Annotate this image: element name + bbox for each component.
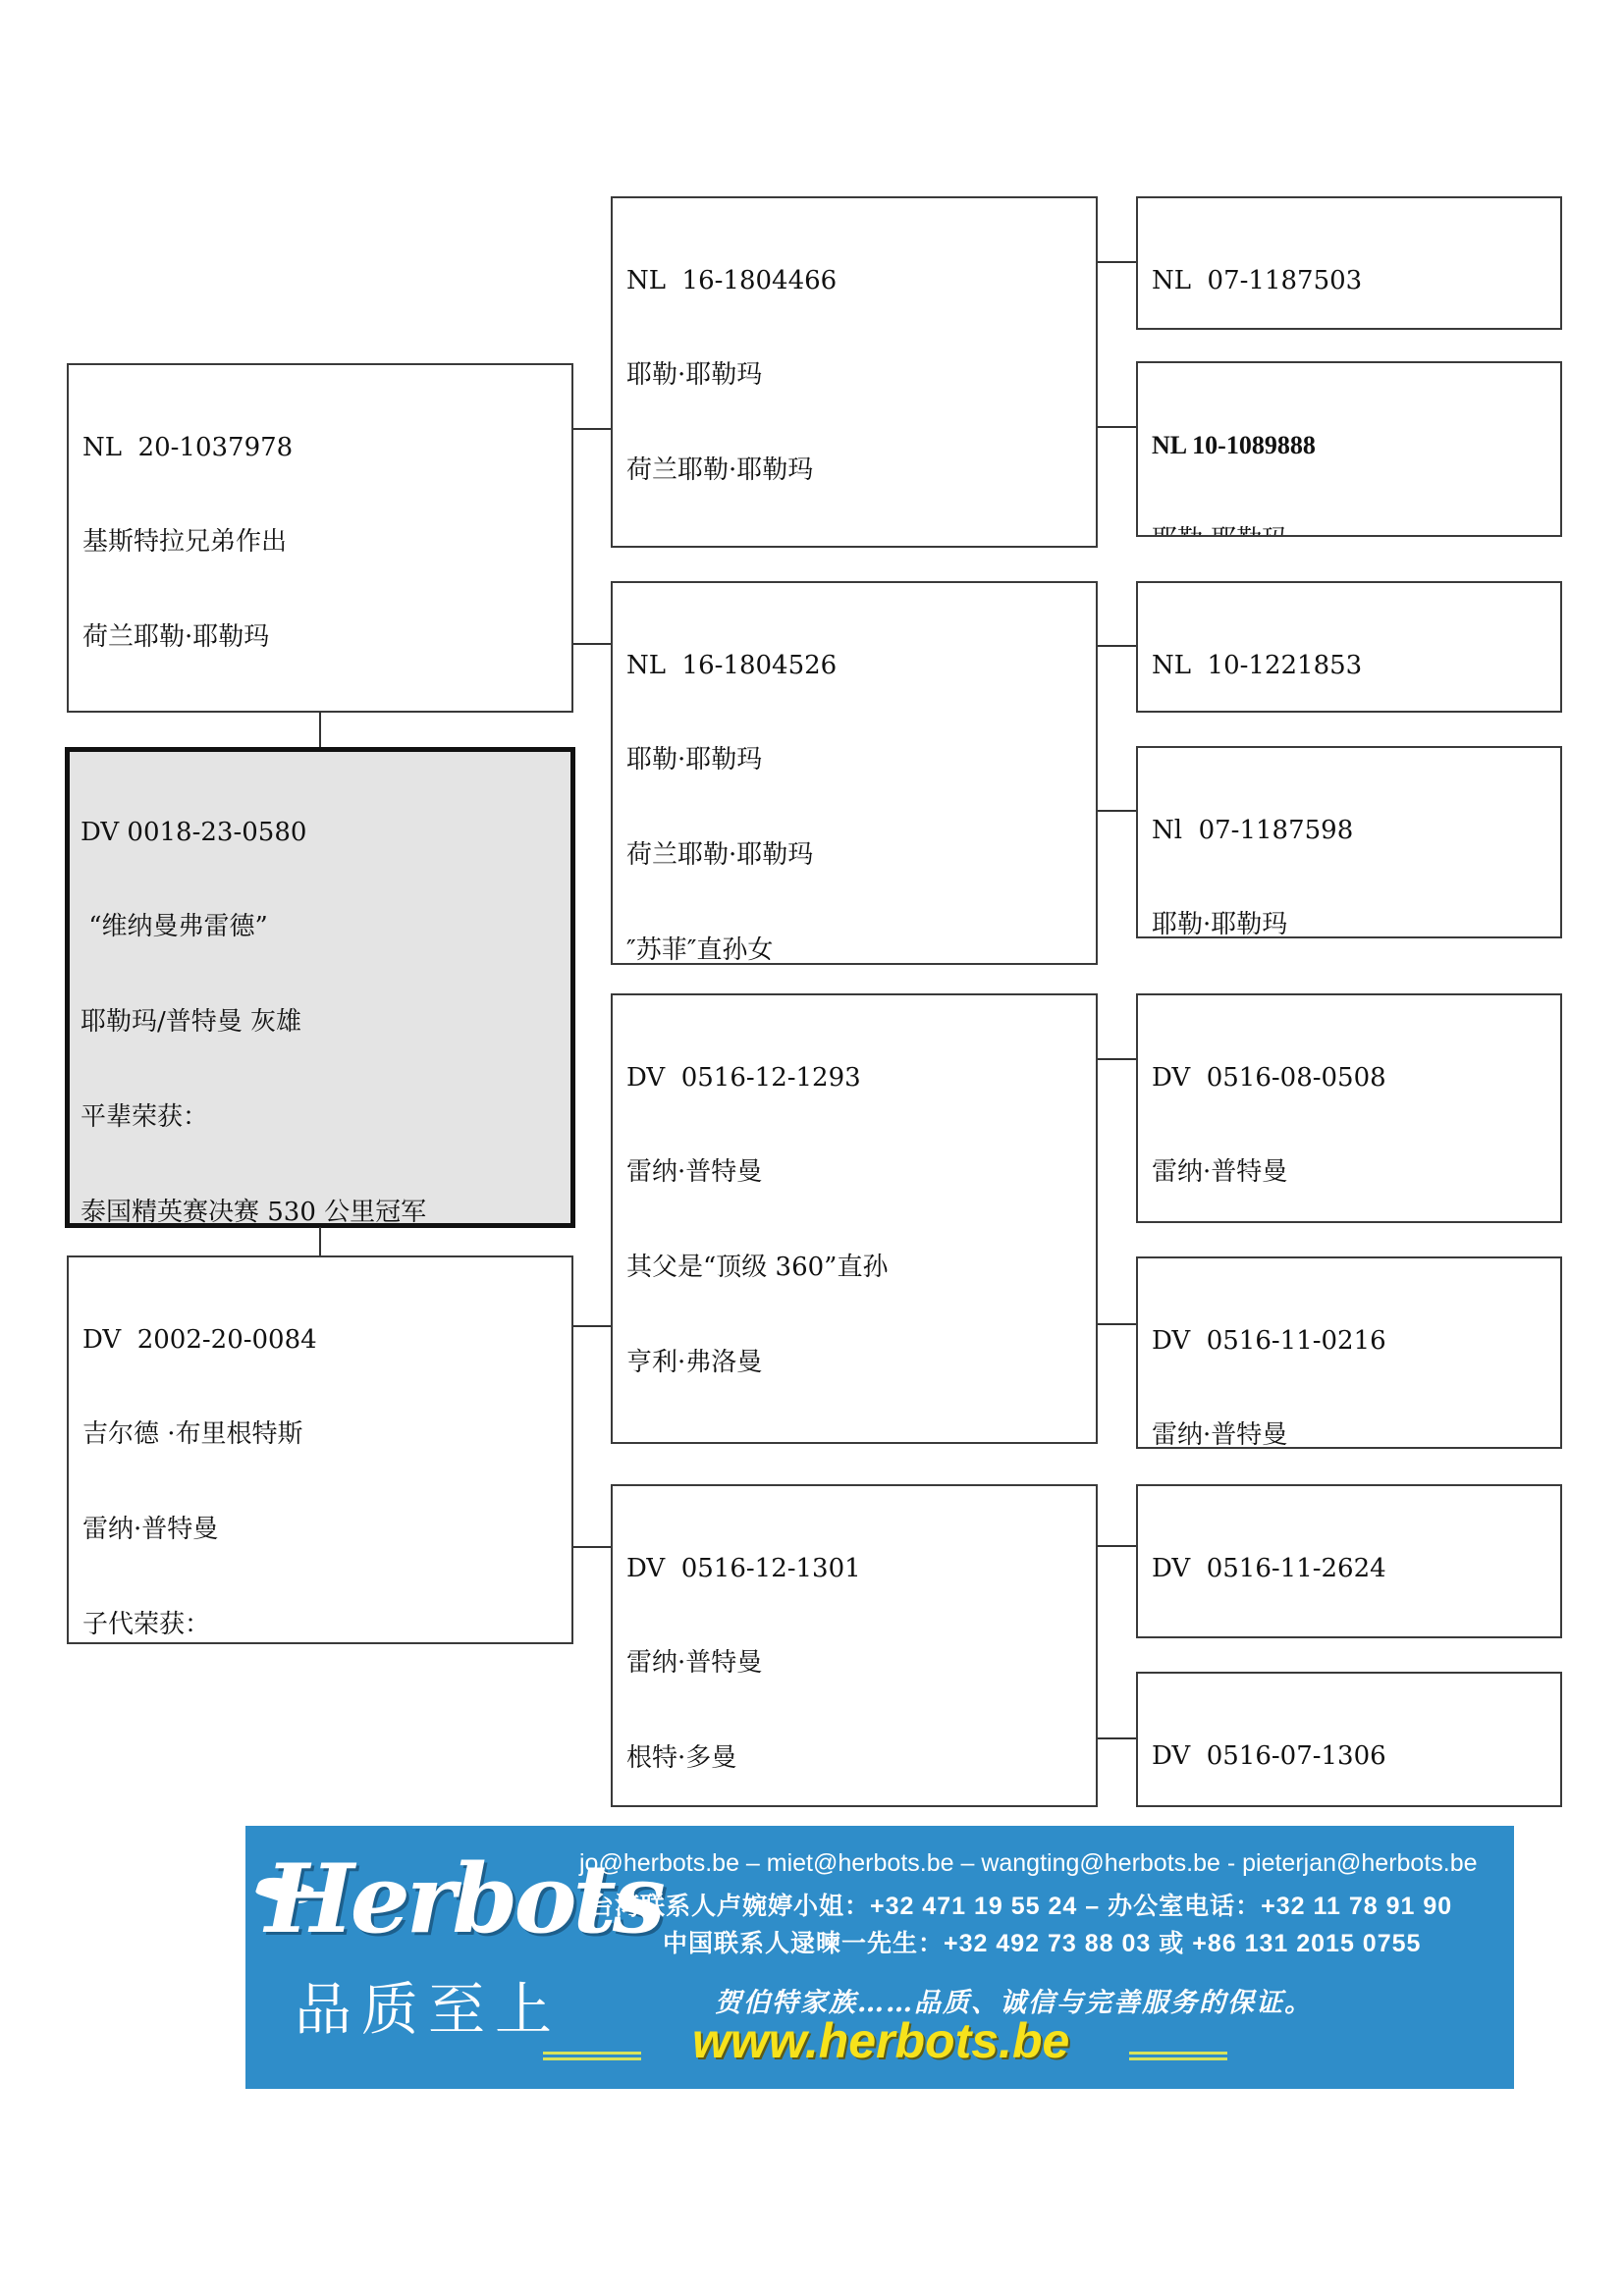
- decorative-double-line-right: [1129, 2052, 1227, 2060]
- connector: [1098, 1737, 1137, 1739]
- website-link[interactable]: www.herbots.be: [692, 2012, 1069, 2069]
- decorative-double-line-left: [543, 2052, 641, 2060]
- email-addresses[interactable]: jo@herbots.be – miet@herbots.be – wangti…: [579, 1849, 1478, 1878]
- ring-number: Nl 07-1187598: [1152, 815, 1560, 846]
- ggp-box-4: Nl 07-1187598 耶勒·耶勒玛 荷兰耶勒·耶勒玛 “伟大种鸽”直女: [1136, 746, 1562, 938]
- connector-sire-to-sire-sire: [573, 428, 611, 430]
- ring-number: NL 16-1804526: [626, 650, 1096, 681]
- pigeon-name: “维纳曼弗雷德”: [81, 911, 570, 942]
- ggp-box-5: DV 0516-08-0508 雷纳·普特曼 亨利·弗洛曼: [1136, 993, 1562, 1223]
- dam-box: DV 2002-20-0084 吉尔德 ·布里根特斯 雷纳·普特曼 子代荣获： …: [67, 1255, 573, 1644]
- connector-subject-dam: [319, 1227, 321, 1256]
- connector: [1098, 645, 1137, 647]
- connector-sire-to-sire-dam: [573, 643, 611, 645]
- herbots-banner: Herbots 品质至上 jo@herbots.be – miet@herbot…: [245, 1826, 1514, 2089]
- ring-number: DV 0516-07-1306: [1152, 1740, 1560, 1772]
- sire-dam-box: NL 16-1804526 耶勒·耶勒玛 荷兰耶勒·耶勒玛 ″苏菲″直孙女 “苏…: [611, 581, 1098, 965]
- connector-dam-to-dam-sire: [573, 1325, 611, 1327]
- ring-number: DV 0516-08-0508: [1152, 1062, 1560, 1094]
- connector-dam-to-dam-dam: [573, 1546, 611, 1548]
- connector: [1098, 1058, 1137, 1060]
- ring-number: DV 0516-12-1301: [626, 1553, 1096, 1584]
- slogan: 品质至上: [295, 1963, 562, 2046]
- dam-dam-box: DV 0516-12-1301 雷纳·普特曼 根特·多曼 “超级多曼”直孙女 “…: [611, 1484, 1098, 1807]
- subject-box: DV 0018-23-0580 “维纳曼弗雷德” 耶勒玛/普特曼 灰雄 平辈荣获…: [65, 747, 575, 1228]
- ring-number: DV 0516-11-2624: [1152, 1553, 1560, 1584]
- ggp-box-2: NL 10-1089888 耶勒·耶勒玛 荷兰耶勒·耶勒玛 ″帕拉斯″（ ″猎户…: [1136, 361, 1562, 537]
- sire-box: NL 20-1037978 基斯特拉兄弟作出 荷兰耶勒·耶勒玛 “苏菲”曾孙，“…: [67, 363, 573, 713]
- ring-number: NL 16-1804466: [626, 265, 1096, 296]
- connector-sire-subject: [319, 712, 321, 749]
- ring-number: DV 0018-23-0580: [81, 817, 570, 848]
- connector: [1098, 261, 1137, 263]
- china-contact: 中国联系人逯暕一先生：+32 492 73 88 03 或 +86 131 20…: [663, 1924, 1421, 1959]
- ring-number: DV 0516-11-0216: [1152, 1325, 1560, 1357]
- sire-sire-box: NL 16-1804466 耶勒·耶勒玛 荷兰耶勒·耶勒玛 （曾）祖辈代表： ″…: [611, 196, 1098, 548]
- ggp-box-1: NL 07-1187503 耶勒·耶勒玛 血系：″猎户座″ ″帕拉斯之全兄弟″: [1136, 196, 1562, 330]
- connector: [1098, 1323, 1137, 1325]
- ring-number: DV 2002-20-0084: [82, 1324, 571, 1356]
- dam-sire-box: DV 0516-12-1293 雷纳·普特曼 其父是“顶级 360”直孙 亨利·…: [611, 993, 1098, 1444]
- ring-number: NL 10-1221853: [1152, 650, 1560, 681]
- ring-number: DV 0516-12-1293: [626, 1062, 1096, 1094]
- ring-number: NL 07-1187503: [1152, 265, 1560, 296]
- ring-number: NL 10-1089888: [1152, 430, 1560, 461]
- ggp-box-8: DV 0516-07-1306 雷纳·普特曼 “亨利尊爵”直女: [1136, 1672, 1562, 1807]
- ggp-box-3: NL 10-1221853 耶勒·耶勒玛 荷兰耶勒·耶勒玛 ″苏菲″直子: [1136, 581, 1562, 713]
- ggp-box-7: DV 0516-11-2624 雷纳·普特曼 根特·多曼 子代″埃泰恩 1345…: [1136, 1484, 1562, 1638]
- connector: [1098, 1545, 1137, 1547]
- ggp-box-6: DV 0516-11-0216 雷纳·普特曼 安德烈·克里克 “布拉邦奇迹号 3…: [1136, 1256, 1562, 1449]
- connector: [1098, 810, 1137, 812]
- ring-number: NL 20-1037978: [82, 432, 571, 463]
- taiwan-contact: 台湾联系人卢婉婷小姐：+32 471 19 55 24 – 办公室电话：+32 …: [589, 1887, 1452, 1922]
- connector: [1098, 426, 1137, 428]
